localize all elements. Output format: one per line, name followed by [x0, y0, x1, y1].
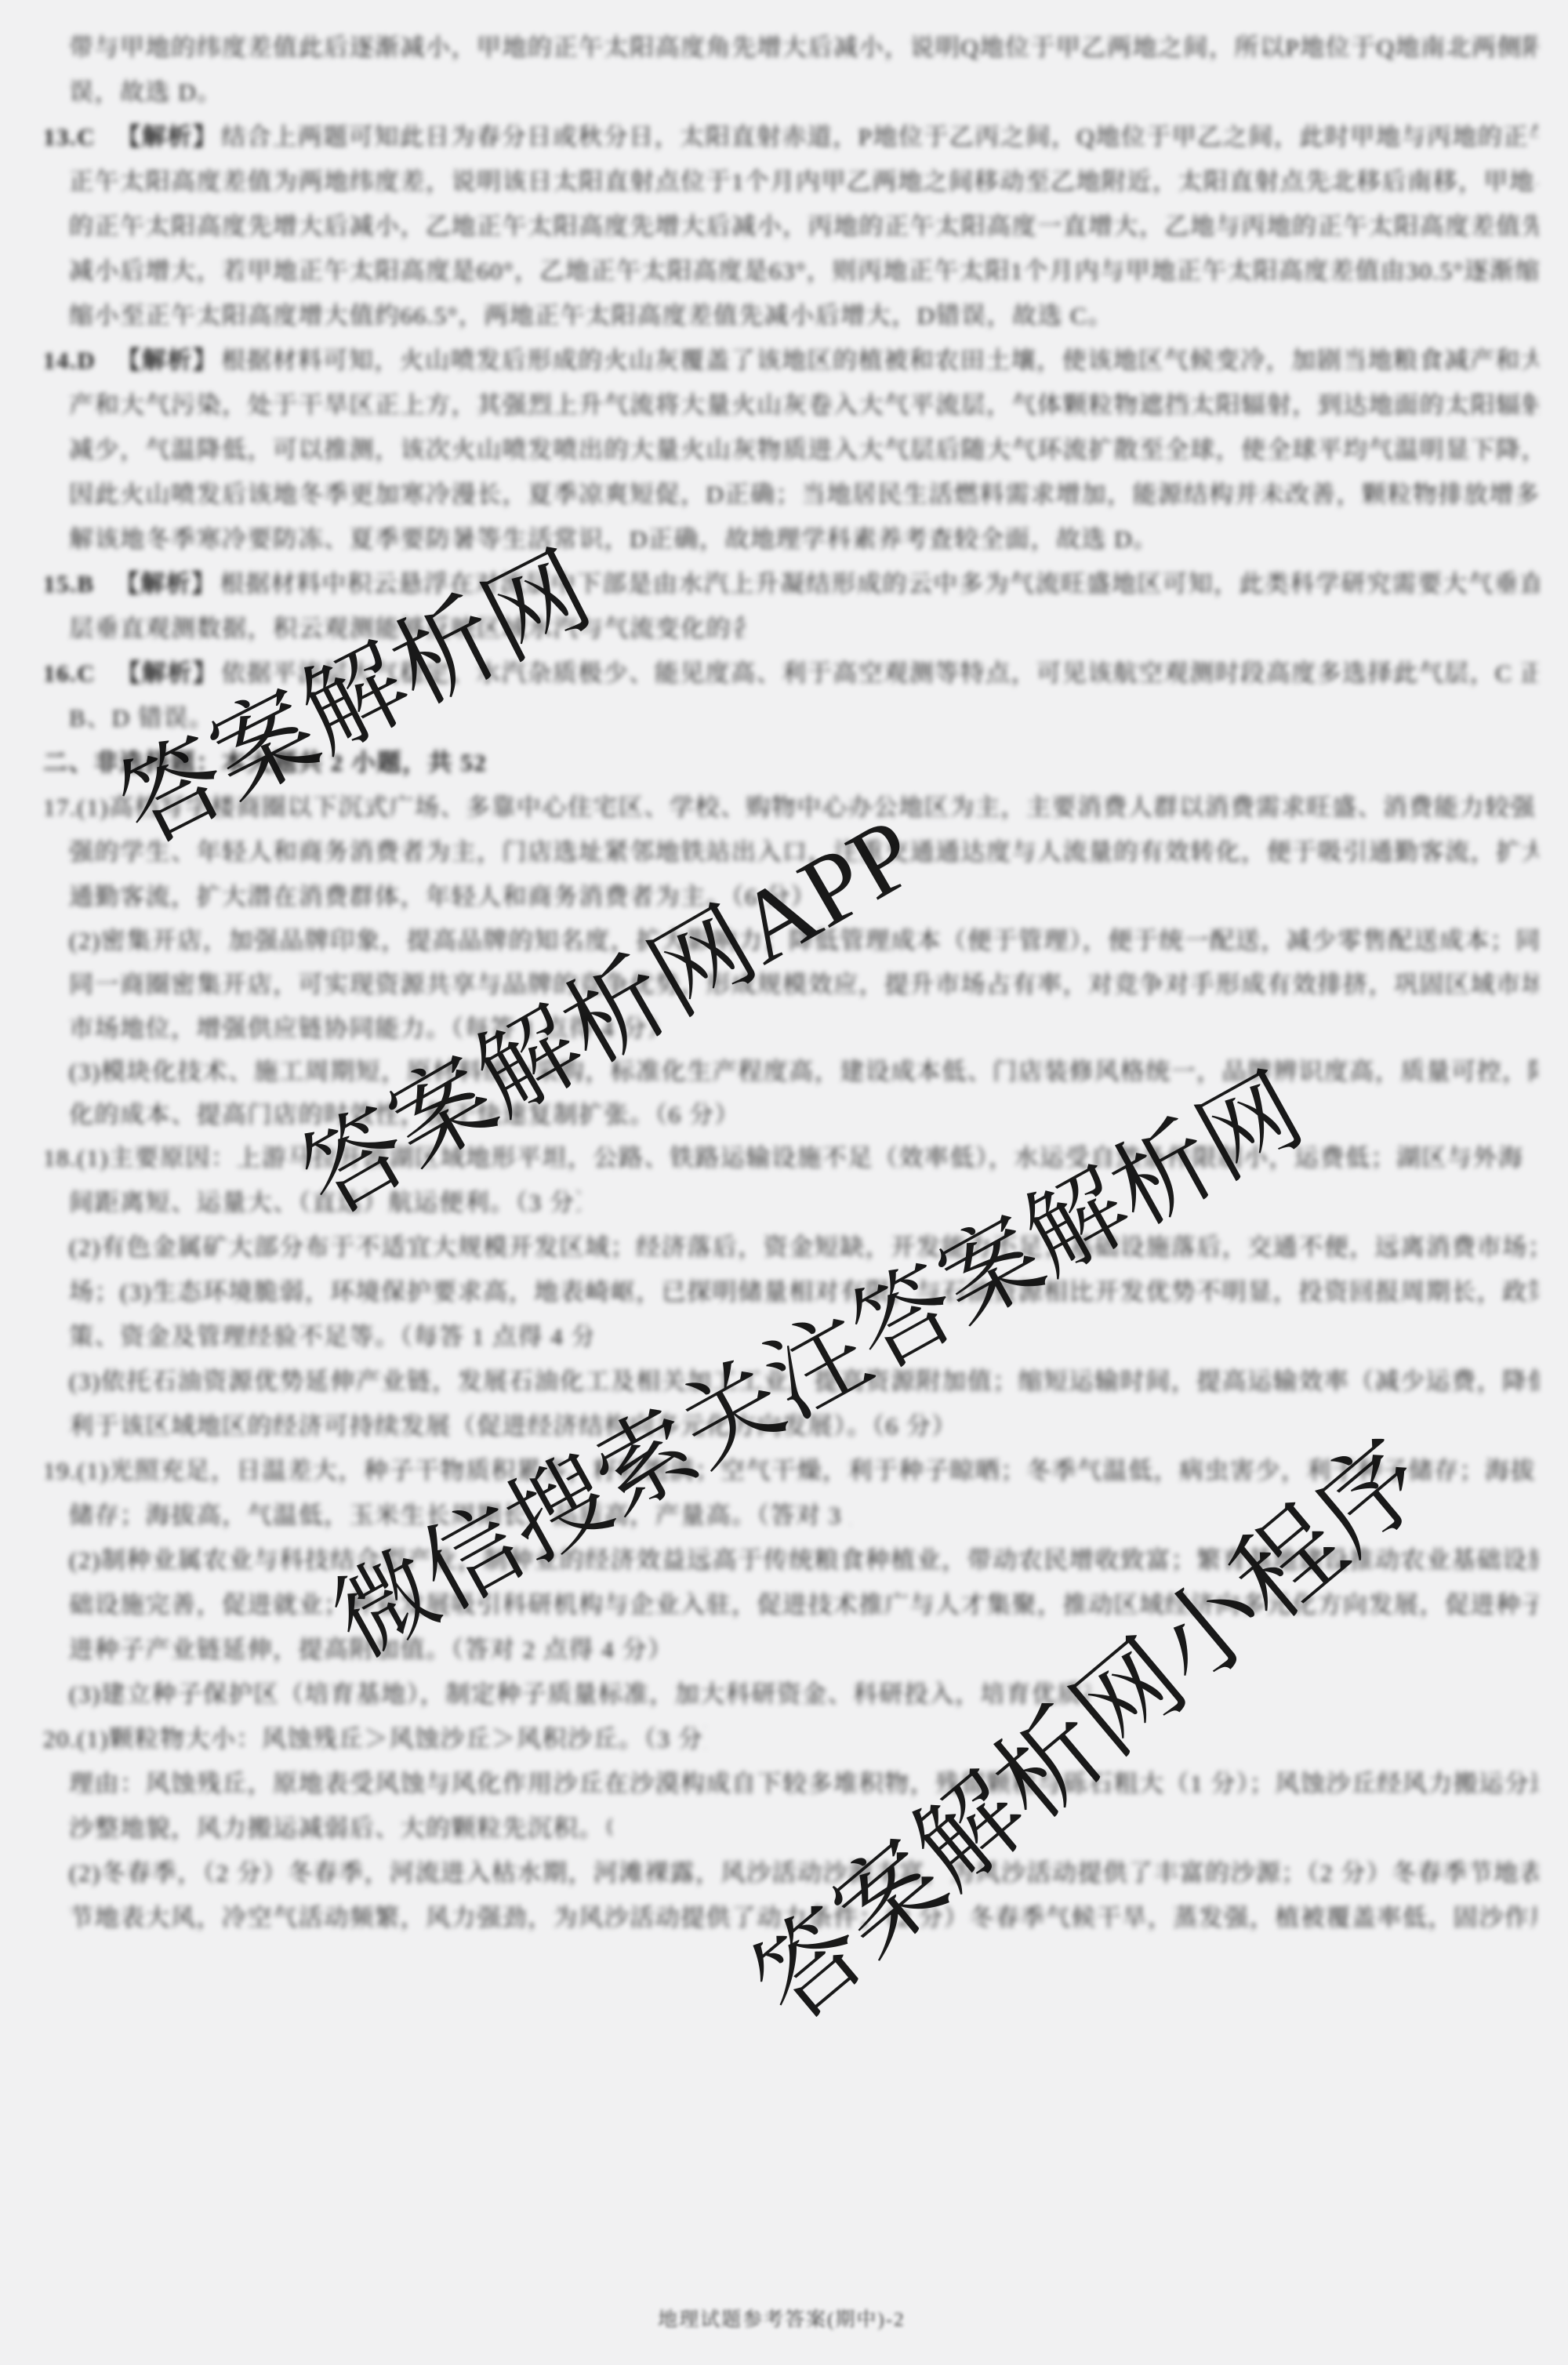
scanned-answer-page: 带与甲地的纬度差值此后逐渐减小，甲地的正午太阳高度角先增大后减小，说明Q地位于甲… [0, 0, 1568, 2365]
answer-item-line: 13.C【解析】结合上两题可知此日为春分日或秋分日，太阳直射赤道，P地位于乙丙之… [43, 121, 1538, 157]
text-line: (2)有色金属矿大部分布于不适宜大规模开发区域；经济落后，资金短缺，开发能力不足… [69, 1231, 1538, 1267]
text-line: 缩小至正午太阳高度增大值约66.5°，两地正午太阳高度差值先减小后增大，D错误，… [69, 300, 1176, 336]
text-line: (3)模块化技术、施工周期短，原材料统一采购，标准化生产程度高，建设成本低、门店… [69, 1055, 1538, 1092]
text-line: 理由：风蚀残丘，原地表受风蚀与风化作用沙丘在沙漠构成自下较多堆积物，残留颗粒与砾… [69, 1767, 1538, 1804]
text-line: 的正午太阳高度先增大后减小，乙地正午太阳高度先增大后减小，丙地的正午太阳高度一直… [69, 210, 1538, 246]
text-line: 减少，气温降低，可以推测，该次火山喷发喷出的大量火山灰物质进入大气层后随大气环流… [69, 434, 1538, 470]
item-number-label: 13.C [43, 123, 96, 151]
text-line: 产和大气污染，处于干旱区正上方，其强烈上升气流将大量火山灰卷入大气平流层，气体颗… [69, 389, 1538, 425]
text-line: 解该地冬季寒冷要防冻、夏季要防暑等生活常识，D正确，故地理学科素养考查较全面，故… [69, 523, 1450, 559]
page-footer: 地理试题参考答案(期中)-2 [658, 2304, 905, 2332]
text-line: 误，故选 D。 [69, 76, 238, 112]
text-line: 正午太阳高度差值为两地纬度差，说明该日太阳直射点位于1个月内甲乙两地之间移动至乙… [69, 165, 1538, 202]
jiexi-bold-marker: 【解析】 [116, 659, 218, 687]
item-number-label: 14.D [43, 347, 96, 374]
item-number-label: 15.B [43, 570, 94, 598]
text-line: 20.(1)颗粒物大小：风蚀残丘＞风蚀沙丘＞风积沙丘。（3 分） [43, 1723, 706, 1759]
text-line: (3)建立种子保护区（培育基地），制定种子质量标准，加大科研资金、科研投入，培育… [69, 1678, 1090, 1714]
text-line: 策、资金及管理经验不足等。（每答 1 点得 4 分） [69, 1321, 592, 1357]
jiexi-bold-marker: 【解析】 [116, 123, 218, 151]
item-number-label: 16.C [43, 659, 96, 687]
text-line: 减小后增大，若甲地正午太阳高度是60°，乙地正午太阳高度是63°，则丙地正午太阳… [69, 255, 1538, 291]
answer-item-line: 15.B【解析】根据材料中积云悬浮在对流层中下部是由水汽上升凝结形成的云中多为气… [43, 568, 1538, 604]
answer-item-line: 14.D【解析】根据材料可知，火山喷发后形成的火山灰覆盖了该地区的植被和农田土壤… [43, 344, 1538, 380]
jiexi-bold-marker: 【解析】 [114, 570, 216, 598]
text-line: 带与甲地的纬度差值此后逐渐减小，甲地的正午太阳高度角先增大后减小，说明Q地位于甲… [69, 31, 1538, 67]
jiexi-bold-marker: 【解析】 [116, 347, 218, 374]
text-line: 沙整地貌，风力搬运减弱后、大的颗粒先沉积。（1 分） [69, 1812, 612, 1848]
text-line: 因此火山喷发后该地冬季更加寒冷漫长，夏季凉爽短促，D正确；当地居民生活燃料需求增… [69, 478, 1538, 514]
